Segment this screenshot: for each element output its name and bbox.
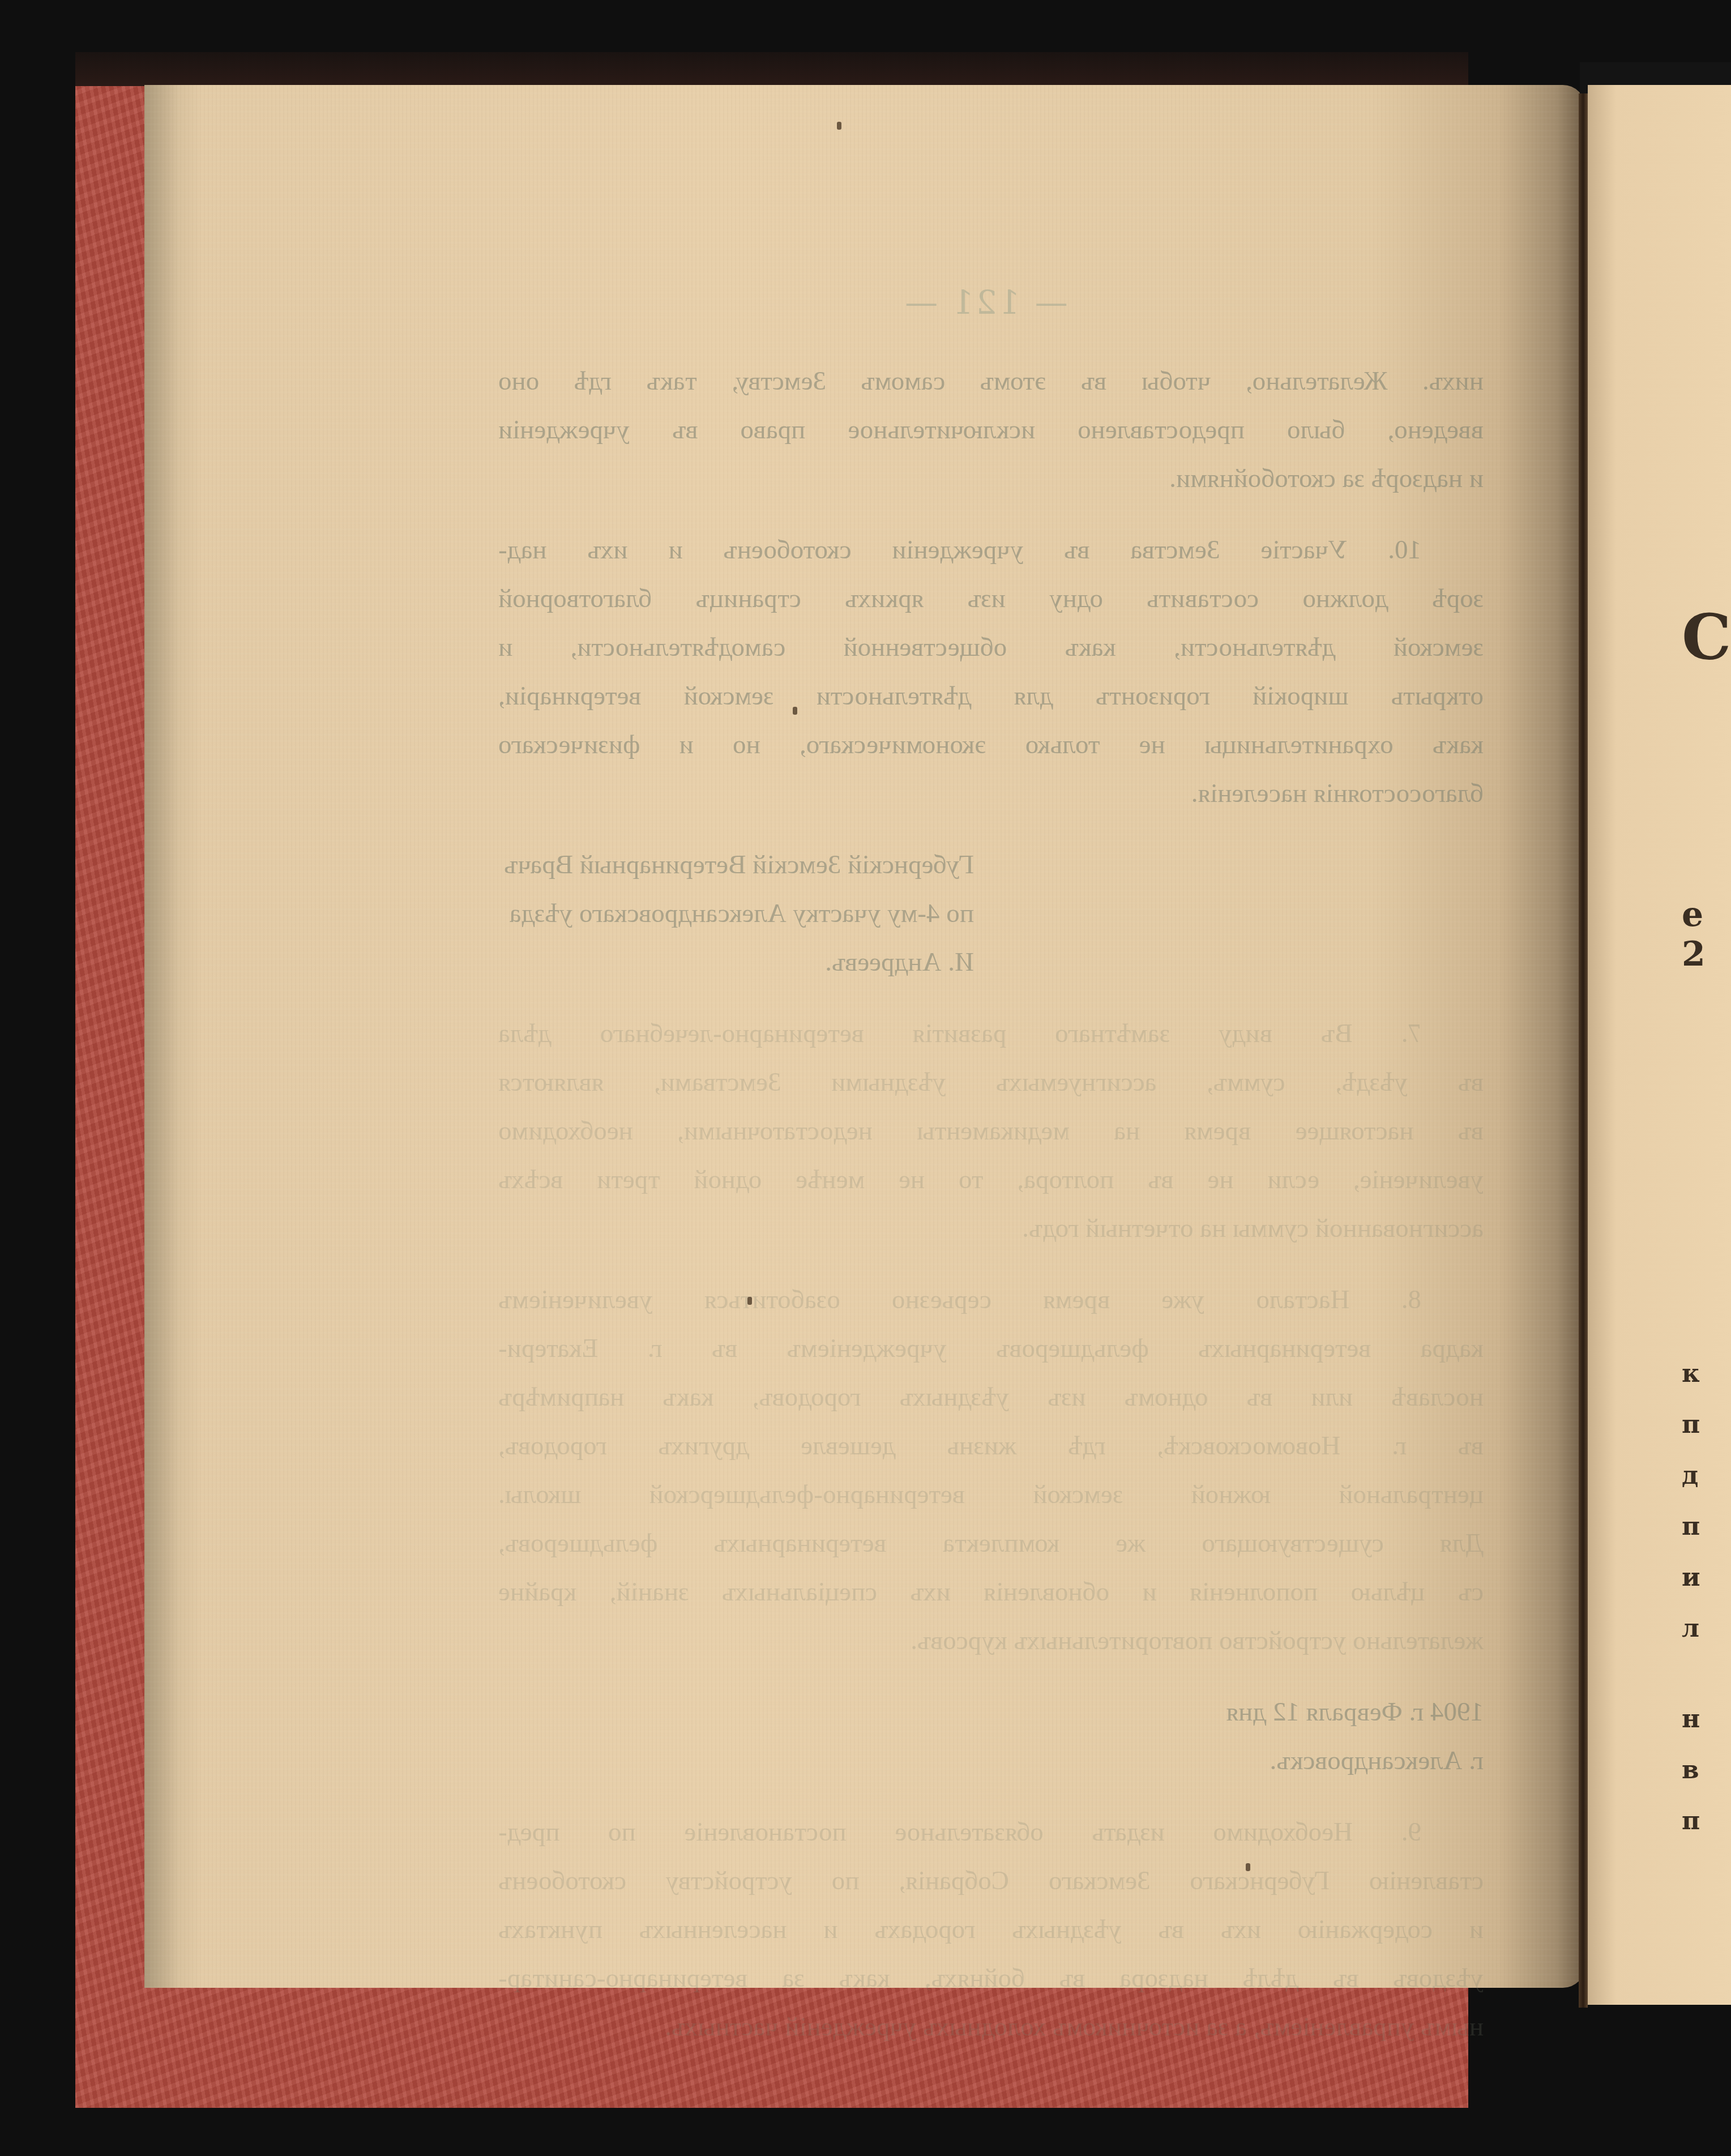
- facing-page-glyph: п: [1682, 1410, 1700, 1439]
- bleed-line: и надзорѣ за скотобойнями.: [498, 454, 1484, 503]
- bleed-through-text: нихъ. Желательно, чтобы въ этомъ самомъ …: [498, 357, 1484, 2074]
- paragraph-gap: [498, 2051, 1484, 2074]
- bleed-line: въ уѣздѣ, суммъ, ассигнуемыхъ уѣздными З…: [498, 1058, 1484, 1107]
- bleed-line: благосостоянія населенія.: [498, 769, 1484, 818]
- bleed-line: зорѣ должно составить одну изъ яркихъ ст…: [498, 574, 1484, 623]
- paragraph-gap: [498, 818, 1484, 840]
- bleed-line: уѣздовъ въ дѣлѣ надзора въ бойняхъ, какъ…: [498, 1954, 1484, 2003]
- bleed-line: 10. Участіе Земства въ учрежденіи скотоб…: [498, 526, 1484, 574]
- bleed-line: 8. Настало уже время серьезно озаботитьс…: [498, 1275, 1484, 1324]
- bleed-line: центральной южной земской ветеринарно-фе…: [498, 1470, 1484, 1519]
- paragraph-gap: [498, 503, 1484, 526]
- paper-speck: [747, 1297, 752, 1305]
- facing-page: [1588, 85, 1731, 2005]
- bleed-line: Губернскій Земскій Ветеринарный Врачъ: [498, 840, 1484, 889]
- bleed-line: И. Андреевъ.: [498, 938, 1484, 987]
- bleed-line: нославѣ или въ одномъ изъ уѣздныхъ город…: [498, 1373, 1484, 1421]
- facing-page-glyph: и: [1682, 1563, 1700, 1592]
- facing-page-glyph: 2: [1682, 934, 1706, 974]
- facing-page-glyph: д: [1682, 1461, 1698, 1490]
- facing-page-glyph: е: [1682, 895, 1703, 934]
- facing-page-glyph: С: [1682, 600, 1731, 673]
- facing-page-glyph: н: [1682, 1705, 1700, 1734]
- bleed-line: земской дѣятельности, какъ общественной …: [498, 623, 1484, 672]
- page-number: — 121 —: [889, 283, 1082, 322]
- paragraph-gap: [498, 1665, 1484, 1688]
- paper-speck: [1246, 1863, 1250, 1871]
- bleed-line: кадра ветеринарныхъ фельдшеровъ учрежден…: [498, 1324, 1484, 1373]
- bleed-line: ставленію Губернскаго Земскаго Собранія,…: [498, 1856, 1484, 1905]
- paper-speck: [793, 707, 797, 715]
- paragraph-gap: [498, 987, 1484, 1009]
- bleed-line: и содержанію ихъ въ уѣздныхъ городахъ и …: [498, 1905, 1484, 1954]
- bleed-line: нихъ. Желательно, чтобы въ этомъ самомъ …: [498, 357, 1484, 405]
- facing-page-glyph: л: [1682, 1614, 1699, 1643]
- facing-page-glyph: к: [1682, 1359, 1700, 1388]
- bleed-line: Для существующаго же комплекта ветеринар…: [498, 1519, 1484, 1568]
- bleed-line: г. Александровскъ.: [498, 1736, 1484, 1785]
- bleed-line: 1904 г. Февраля 12 дня: [498, 1688, 1484, 1736]
- cover-top-shadow: [75, 52, 1468, 86]
- bleed-line: какъ охранительницы не только экономичес…: [498, 720, 1484, 769]
- bleed-line: открыть широкій горизонтъ для дѣятельнос…: [498, 672, 1484, 720]
- bleed-line: введено, было предоставлено исключительн…: [498, 405, 1484, 454]
- bleed-line: нымъ управленіемъ, а за источникомъ холо…: [498, 2003, 1484, 2051]
- bleed-line: по 4-му участку Александровскаго уѣзда: [498, 889, 1484, 938]
- book-gutter: [1579, 93, 1588, 2008]
- bleed-line: желательно устройство повторительныхъ ку…: [498, 1616, 1484, 1665]
- bleed-line: въ настоящее время на медикаменты недост…: [498, 1107, 1484, 1155]
- bleed-line: въ г. Новомосковскѣ, гдѣ жизнь дешевле д…: [498, 1421, 1484, 1470]
- paper-speck: [837, 122, 841, 130]
- facing-page-glyph: п: [1682, 1807, 1700, 1835]
- bleed-line: ассигнованной суммы на отчетный годъ.: [498, 1204, 1484, 1253]
- facing-page-glyph: п: [1682, 1512, 1700, 1541]
- paragraph-gap: [498, 1785, 1484, 1808]
- bleed-line: съ цѣлью пополненія и обновленія ихъ спе…: [498, 1568, 1484, 1616]
- bleed-line: увеличеніе, если не въ полтора, то не ме…: [498, 1155, 1484, 1204]
- paragraph-gap: [498, 1253, 1484, 1275]
- facing-page-glyph: в: [1682, 1756, 1699, 1784]
- bleed-line: 7. Въ виду замѣтнаго развитія ветеринарн…: [498, 1009, 1484, 1058]
- bleed-line: 9. Необходимо издать обязательное постан…: [498, 1808, 1484, 1856]
